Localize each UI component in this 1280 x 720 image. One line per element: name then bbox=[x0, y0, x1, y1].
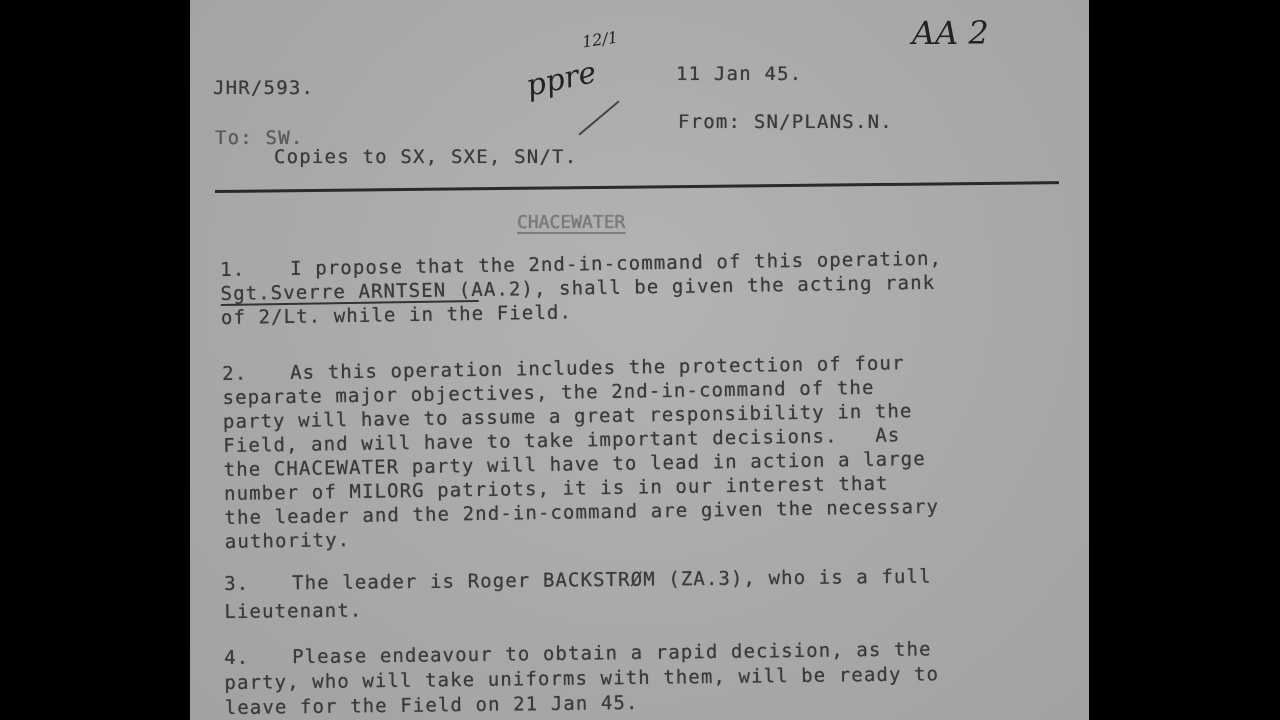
paragraph-line: authority. bbox=[225, 528, 351, 554]
paragraph-number: 4. bbox=[224, 646, 249, 670]
paragraph-line: leave for the Field on 21 Jan 45. bbox=[225, 691, 639, 720]
handwritten-initials: ppre bbox=[523, 55, 599, 104]
paragraph-number: 1. bbox=[220, 258, 245, 282]
paragraph-line: The leader is Roger BACKSTRØM (ZA.3), wh… bbox=[292, 565, 932, 596]
reference-number: JHR/593. bbox=[213, 77, 314, 99]
memo-from: From: SN/PLANS.N. bbox=[678, 111, 893, 133]
memo-date: 11 Jan 45. bbox=[676, 63, 802, 85]
handwritten-code: AA 2 bbox=[912, 14, 989, 52]
paragraph-line: Lieutenant. bbox=[224, 599, 362, 624]
header-divider bbox=[215, 181, 1059, 193]
handwritten-date: 12/1 bbox=[581, 28, 619, 52]
paragraph-number: 2. bbox=[222, 362, 247, 386]
document-title: CHACEWATER bbox=[517, 212, 625, 233]
copies-to: Copies to SX, SXE, SN/T. bbox=[274, 146, 577, 168]
paragraph-number: 3. bbox=[224, 572, 249, 596]
handwritten-stroke bbox=[578, 101, 619, 136]
document-page: JHR/593. To: SW. Copies to SX, SXE, SN/T… bbox=[190, 0, 1089, 720]
